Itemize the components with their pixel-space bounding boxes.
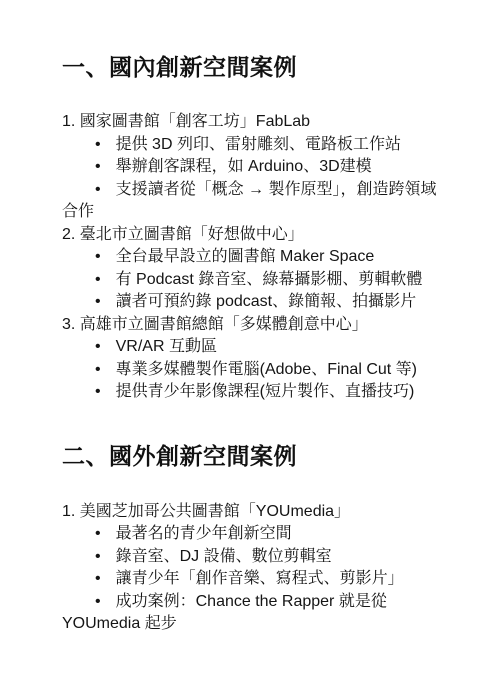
bullet-item: •提供青少年影像課程(短片製作、直播技巧): [62, 381, 438, 404]
bullet-text: 全台最早設立的圖書館 Maker Space: [116, 248, 375, 265]
bullet-item: •錄音室、DJ 設備、數位剪輯室: [62, 546, 438, 569]
bullet-marker: •: [95, 593, 116, 610]
bullet-marker: •: [95, 548, 116, 565]
bullet-marker: •: [95, 158, 116, 175]
bullet-text: 讀者可預約錄 podcast、錄簡報、拍攝影片: [116, 293, 417, 310]
bullet-item: •專業多媒體製作電腦(Adobe、Final Cut 等): [62, 359, 438, 382]
list-item-title: 1. 美國芝加哥公共圖書館「YOUmedia」: [62, 501, 438, 524]
list-item-title: 3. 高雄市立圖書館總館「多媒體創意中心」: [62, 314, 438, 337]
bullet-item: •VR/AR 互動區: [62, 336, 438, 359]
bullet-marker: •: [95, 338, 116, 355]
bullet-marker: •: [95, 271, 116, 288]
bullet-item: •成功案例：Chance the Rapper 就是從 YOUmedia 起步: [62, 591, 438, 636]
bullet-text: VR/AR 互動區: [116, 338, 217, 355]
bullet-marker: •: [95, 181, 116, 198]
bullet-marker: •: [95, 525, 116, 542]
bullet-item: •有 Podcast 錄音室、綠幕攝影棚、剪輯軟體: [62, 269, 438, 292]
bullet-text: 支援讀者從「概念 → 製作原型」，創造跨領域合作: [62, 181, 437, 221]
bullet-marker: •: [95, 136, 116, 153]
bullet-text: 有 Podcast 錄音室、綠幕攝影棚、剪輯軟體: [116, 271, 423, 288]
section-1-body: 1. 國家圖書館「創客工坊」FabLab •提供 3D 列印、雷射雕刻、電路板工…: [62, 111, 438, 404]
bullet-text: 讓青少年「創作音樂、寫程式、剪影片」: [116, 570, 404, 587]
bullet-marker: •: [95, 570, 116, 587]
bullet-item: •支援讀者從「概念 → 製作原型」，創造跨領域合作: [62, 179, 438, 224]
bullet-marker: •: [95, 248, 116, 265]
bullet-marker: •: [95, 293, 116, 310]
document-page: 一、國內創新空間案例 1. 國家圖書館「創客工坊」FabLab •提供 3D 列…: [0, 0, 496, 700]
bullet-item: •讀者可預約錄 podcast、錄簡報、拍攝影片: [62, 291, 438, 314]
bullet-text: 提供 3D 列印、雷射雕刻、電路板工作站: [116, 136, 401, 153]
bullet-marker: •: [95, 383, 116, 400]
section-2-heading: 二、國外創新空間案例: [62, 441, 438, 471]
bullet-text: 專業多媒體製作電腦(Adobe、Final Cut 等): [116, 361, 417, 378]
bullet-item: •最著名的青少年創新空間: [62, 523, 438, 546]
list-item-title: 1. 國家圖書館「創客工坊」FabLab: [62, 111, 438, 134]
bullet-item: •讓青少年「創作音樂、寫程式、剪影片」: [62, 568, 438, 591]
bullet-item: •舉辦創客課程，如 Arduino、3D建模: [62, 156, 438, 179]
bullet-text: 最著名的青少年創新空間: [116, 525, 292, 542]
bullet-text: 提供青少年影像課程(短片製作、直播技巧): [116, 383, 415, 400]
bullet-text: 錄音室、DJ 設備、數位剪輯室: [116, 548, 332, 565]
section-2-body: 1. 美國芝加哥公共圖書館「YOUmedia」 •最著名的青少年創新空間 •錄音…: [62, 501, 438, 636]
bullet-marker: •: [95, 361, 116, 378]
bullet-item: •提供 3D 列印、雷射雕刻、電路板工作站: [62, 134, 438, 157]
list-item-title: 2. 臺北市立圖書館「好想做中心」: [62, 224, 438, 247]
bullet-text: 舉辦創客課程，如 Arduino、3D建模: [116, 158, 372, 175]
section-1-heading: 一、國內創新空間案例: [62, 52, 438, 82]
bullet-item: •全台最早設立的圖書館 Maker Space: [62, 246, 438, 269]
